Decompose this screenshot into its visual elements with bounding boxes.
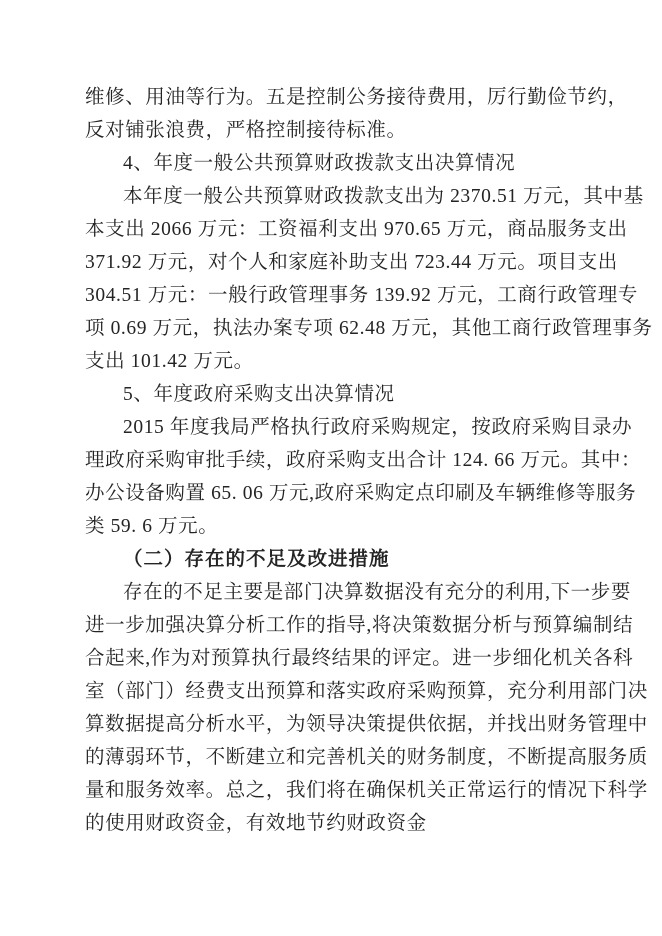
document-page: 维修、用油等行为。五是控制公务接待费用，厉行勤俭节约，反对铺张浪费，严格控制接待… — [0, 0, 662, 936]
text-line: 类 59. 6 万元。 — [85, 510, 585, 543]
heading-shortcomings-and-improvements: （二）存在的不足及改进措施 — [85, 543, 585, 576]
text-line: 本年度一般公共预算财政拨款支出为 2370.51 万元，其中基 — [85, 180, 585, 213]
text-line: 维修、用油等行为。五是控制公务接待费用，厉行勤俭节约， — [85, 81, 585, 114]
text-line: 5、年度政府采购支出决算情况 — [85, 378, 585, 411]
text-line: 的薄弱环节，不断建立和完善机关的财务制度，不断提高服务质 — [85, 741, 585, 774]
text-line: 存在的不足主要是部门决算数据没有充分的利用,下一步要 — [85, 576, 585, 609]
heading-section-5: 5、年度政府采购支出决算情况 — [85, 378, 585, 411]
text-block: 维修、用油等行为。五是控制公务接待费用，厉行勤俭节约，反对铺张浪费，严格控制接待… — [85, 81, 585, 840]
text-line: 量和服务效率。总之，我们将在确保机关正常运行的情况下科学 — [85, 774, 585, 807]
text-line: 371.92 万元，对个人和家庭补助支出 723.44 万元。项目支出 — [85, 246, 585, 279]
text-line: 4、年度一般公共预算财政拨款支出决算情况 — [85, 147, 585, 180]
text-line: 304.51 万元：一般行政管理事务 139.92 万元，工商行政管理专 — [85, 279, 585, 312]
heading-section-4: 4、年度一般公共预算财政拨款支出决算情况 — [85, 147, 585, 180]
text-line: 本支出 2066 万元：工资福利支出 970.65 万元，商品服务支出 — [85, 213, 585, 246]
paragraph-procurement-detail: 2015 年度我局严格执行政府采购规定，按政府采购目录办理政府采购审批手续，政府… — [85, 411, 585, 543]
paragraph-shortcomings-detail: 存在的不足主要是部门决算数据没有充分的利用,下一步要进一步加强决算分析工作的指导… — [85, 576, 585, 840]
text-line: 支出 101.42 万元。 — [85, 345, 585, 378]
text-line: 的使用财政资金，有效地节约财政资金 — [85, 807, 585, 840]
text-line: 办公设备购置 65. 06 万元,政府采购定点印刷及车辆维修等服务 — [85, 477, 585, 510]
text-line: 室（部门）经费支出预算和落实政府采购预算，充分利用部门决 — [85, 675, 585, 708]
text-line: 算数据提高分析水平，为领导决策提供依据，并找出财务管理中 — [85, 708, 585, 741]
text-line: 项 0.69 万元，执法办案专项 62.48 万元，其他工商行政管理事务 — [85, 312, 585, 345]
paragraph-budget-expense-detail: 本年度一般公共预算财政拨款支出为 2370.51 万元，其中基本支出 2066 … — [85, 180, 585, 378]
text-line: 进一步加强决算分析工作的指导,将决策数据分析与预算编制结 — [85, 609, 585, 642]
paragraph-carryover-expense-control: 维修、用油等行为。五是控制公务接待费用，厉行勤俭节约，反对铺张浪费，严格控制接待… — [85, 81, 585, 147]
text-line: 反对铺张浪费，严格控制接待标准。 — [85, 114, 585, 147]
text-line: 合起来,作为对预算执行最终结果的评定。进一步细化机关各科 — [85, 642, 585, 675]
text-line: 理政府采购审批手续，政府采购支出合计 124. 66 万元。其中： — [85, 444, 585, 477]
text-line: （二）存在的不足及改进措施 — [85, 543, 585, 576]
text-line: 2015 年度我局严格执行政府采购规定，按政府采购目录办 — [85, 411, 585, 444]
